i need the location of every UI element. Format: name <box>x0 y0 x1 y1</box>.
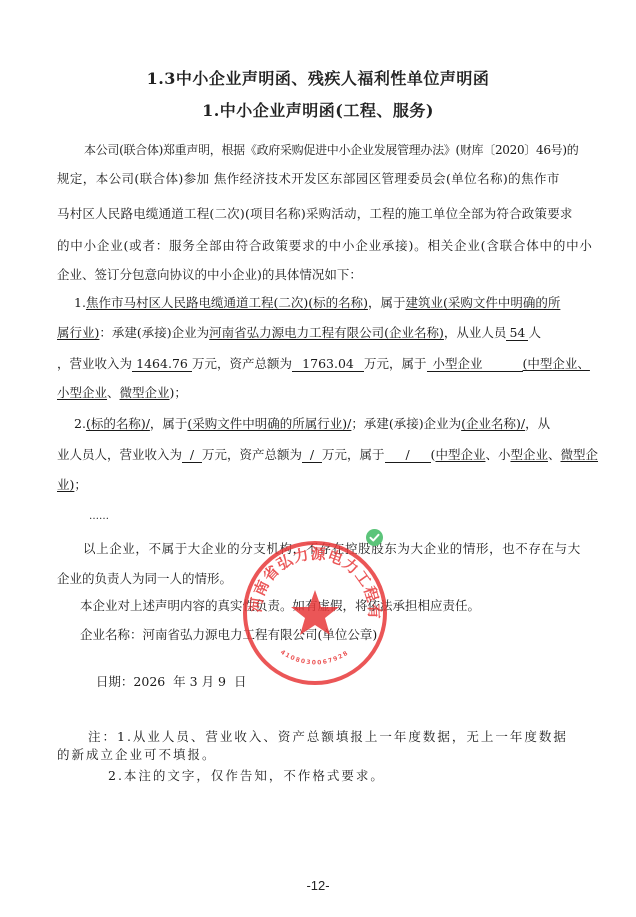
item1-revenue-label: ，营业收入为 <box>57 356 132 371</box>
item2-option-medium: 中型企业 <box>435 447 485 462</box>
item1-company-name: 河南省弘力源电力工程有限公司(企业名称) <box>209 325 444 340</box>
intro-line-2: 规定，本公司(联合体)参加 焦作经济技术开发区东部园区管理委员会(单位名称)的焦… <box>57 170 592 188</box>
item2-assets-value: / <box>302 447 322 463</box>
document-page: 1.3中小企业声明函、残疾人福利性单位声明函 1.中小企业声明函(工程、服务) … <box>0 0 636 917</box>
item1-assets-value: 1763.04 <box>292 356 364 372</box>
item2-contractor-label: ；承建(承接)企业为 <box>351 416 461 431</box>
signature-company: 企业名称：河南省弘力源电力工程有限公司(单位公章) <box>80 626 615 644</box>
item1-employees-unit: 人 <box>528 325 541 340</box>
intro-line-5: 企业、签订分包意向协议的中小企业)的具体情况如下： <box>57 266 592 284</box>
item1-revenue-value: 1464.76 <box>132 356 192 372</box>
item2-industry: (采购文件中明确的所属行业)/ <box>187 416 351 431</box>
checkmark-icon <box>366 529 383 546</box>
statement-line-3: 本企业对上述声明内容的真实性负责。如有虚假，将依法承担相应责任。 <box>80 597 615 615</box>
intro-line-4: 的中小企业(或者：服务全部由符合政策要求的中小企业承接)。相关企业(含联合体中的… <box>57 237 592 255</box>
intro-line-1: 本公司(联合体)郑重声明，根据《政府采购促进中小企业发展管理办法》(财库〔202… <box>57 141 592 159</box>
item1-option-small: 小型企业 <box>57 385 107 400</box>
item2-size-value: / <box>385 447 431 463</box>
item1-belongs-label: ，属于 <box>368 295 406 310</box>
separator: 、小 <box>485 447 510 462</box>
note-line-1: 注：1.从业人员、营业收入、资产总额填报上一年度数据，无上一年度数据 <box>88 728 568 745</box>
item2-assets-unit: 万元，属于 <box>322 447 385 462</box>
item2-employees-label: ，从 <box>525 416 550 431</box>
item1-option-micro: 微型企业 <box>120 385 170 400</box>
item1-assets-unit: 万元，属于 <box>364 356 427 371</box>
item1-line-3: ，营业收入为1464.76万元，资产总额为1763.04万元，属于小型企业(中型… <box>57 355 592 373</box>
note-line-2: 的新成立企业可不填报。 <box>57 746 217 763</box>
statement-line-2: 企业的负责人为同一人的情形。 <box>57 570 592 588</box>
item2-belongs-label: ，属于 <box>150 416 188 431</box>
item1-size-value: 小型企业 <box>427 356 523 372</box>
separator: 、 <box>107 385 120 400</box>
item1-revenue-unit: 万元，资产总额为 <box>192 356 292 371</box>
document-title: 1.3中小企业声明函、残疾人福利性单位声明函 <box>0 66 636 89</box>
item2-option-small: 型企业 <box>510 447 548 462</box>
item2-option-micro-cont: 业) <box>57 477 74 492</box>
item1-employees-label: ，从业人员 <box>444 325 507 340</box>
ellipsis: …… <box>57 508 624 526</box>
note-line-3: 2.本注的文字，仅作告知，不作格式要求。 <box>108 767 385 784</box>
document-subtitle: 1.中小企业声明函(工程、服务) <box>0 98 636 121</box>
item2-subject-name: (标的名称)/ <box>86 416 150 431</box>
item1-subject-name: 焦作市马村区人民路电缆通道工程(二次)(标的名称) <box>86 295 368 310</box>
item1-line-1: 1.焦作市马村区人民路电缆通道工程(二次)(标的名称)，属于建筑业(采购文件中明… <box>57 294 609 312</box>
date-label: 日期： <box>96 674 134 689</box>
item1-size-options: (中型企业、 <box>523 356 590 371</box>
item2-line-2: 业人员人，营业收入为/万元，资产总额为/万元，属于/(中型企业、小型企业、微型企 <box>57 446 592 464</box>
item1-employees-value: 54 <box>506 325 528 341</box>
item1-contractor-label: ：承建(承接)企业为 <box>99 325 209 340</box>
item2-revenue-value: / <box>182 447 202 463</box>
company-value: 河南省弘力源电力工程有限公司(单位公章) <box>143 627 378 642</box>
item1-line-4: 小型企业、微型企业)； <box>57 384 592 402</box>
item2-prefix: 2. <box>74 416 86 431</box>
item2-line2-text: 业人员人，营业收入为 <box>57 447 182 462</box>
item2-line-3: 业)； <box>57 476 592 494</box>
page-number: -12- <box>0 878 636 893</box>
item2-option-micro: 微型企 <box>561 447 599 462</box>
item2-company-name: (企业名称)/ <box>461 416 525 431</box>
item1-industry: 建筑业(采购文件中明确的所 <box>405 295 560 310</box>
statement-line-1: 以上企业，不属于大企业的分支机构，不存在控股股东为大企业的情形，也不存在与大 <box>57 540 592 558</box>
date-value: 2026 年 3 月 9 日 <box>133 674 246 689</box>
intro-line-3: 马村区人民路电缆通道工程(二次)(项目名称)采购活动，工程的施工单位全部为符合政… <box>57 205 592 223</box>
signature-date: 日期：2026 年 3 月 9 日 <box>80 655 615 709</box>
item2-revenue-unit: 万元，资产总额为 <box>202 447 302 462</box>
item1-options-end: )； <box>170 385 187 400</box>
line-end: ； <box>74 477 87 492</box>
item1-prefix: 1. <box>74 295 86 310</box>
separator: 、 <box>548 447 561 462</box>
item1-line-2: 属行业)：承建(承接)企业为河南省弘力源电力工程有限公司(企业名称)，从业人员5… <box>57 324 592 342</box>
item1-industry-cont: 属行业) <box>57 325 99 340</box>
company-label: 企业名称： <box>80 627 143 642</box>
item2-line-1: 2.(标的名称)/，属于(采购文件中明确的所属行业)/；承建(承接)企业为(企业… <box>57 415 609 433</box>
